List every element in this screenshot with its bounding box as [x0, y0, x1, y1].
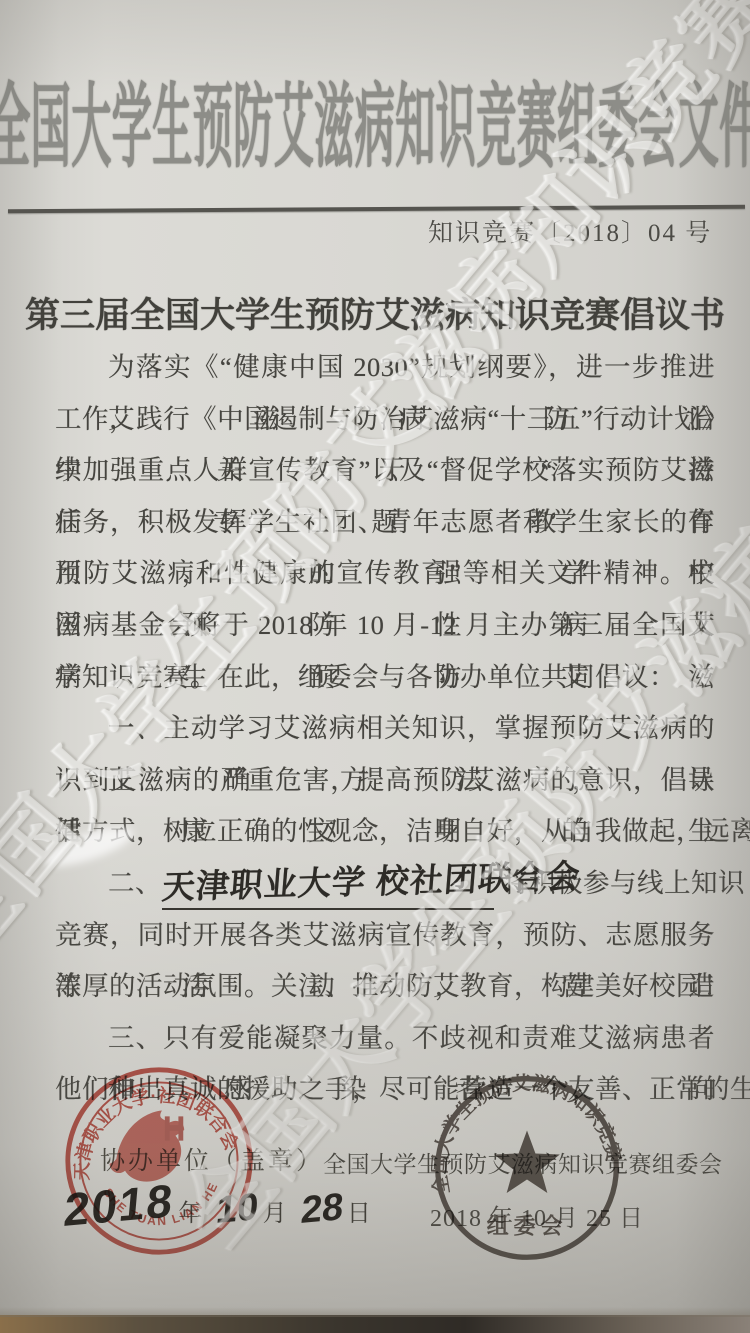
body-line: 竞赛，同时开展各类艾滋病宣传教育，预防、志愿服务等活动，营造 — [55, 910, 715, 962]
document-photo: 全国大学生预防艾滋病知识竞赛组委会文件 知识竞赛〔2018〕04 号 第三届全国… — [0, 0, 750, 1333]
seal-bird-icon — [110, 1111, 185, 1182]
photo-bottom-edge — [0, 1315, 750, 1333]
body-line: 病知识竞赛。在此，组委会与各协办单位共同倡议： — [55, 652, 715, 704]
body-line: 浓厚的活动氛围。关注、推动防艾教育，构建美好校园！ — [55, 961, 715, 1013]
blank-prefix: 二、 — [108, 858, 162, 910]
blank-underline: 天津职业大学 校社团联合会 — [162, 860, 494, 910]
right-seal-bottom-text: 组委会 — [487, 1213, 568, 1238]
body-line: 工作，践行《中国遏制与防治艾滋病“十三五”行动计划》中关于“持 — [55, 394, 715, 446]
header-banner: 全国大学生预防艾滋病知识竞赛组委会文件 — [0, 40, 750, 200]
body-line: 预防艾滋病和性健康的宣传教育”等相关文件精神。中国预防性病艾 — [55, 548, 715, 600]
body-line: 为落实《“健康中国 2030”规划纲要》，进一步推进艾滋病防治 — [55, 342, 715, 394]
doc-number: 知识竞赛〔2018〕04 号 — [428, 213, 712, 249]
header-banner-text: 全国大学生预防艾滋病知识竞赛组委会文件 — [0, 54, 750, 185]
body-line: 三、只有爱能凝聚力量。不歧视和责难艾滋病患者和感染者，向 — [55, 1013, 715, 1065]
page-title: 第三届全国大学生预防艾滋病知识竞赛倡议书 — [0, 288, 750, 338]
body-line: 续加强重点人群宣传教育”以及“督促学校落实预防艾滋病专题教育 — [55, 445, 715, 497]
body-line: 滋病基金会将于 2018 年 10 月-12 月主办第三届全国大学生预防艾滋 — [55, 600, 715, 652]
body-line: 活方式，树立正确的性观念，洁身自好，从自我做起，远离艾滋。 — [55, 806, 715, 858]
body-line: 一、主动学习艾滋病相关知识，掌握预防艾滋病的正确方法，认 — [55, 703, 715, 755]
right-seal-icon: 全国大学生预防艾滋病知识竞赛 组委会 — [431, 1072, 623, 1264]
seal-star-icon — [494, 1131, 560, 1193]
header-divider — [8, 205, 745, 214]
day-char: 日 — [347, 1193, 371, 1228]
handwritten-day: 28 — [299, 1186, 345, 1233]
body-line: 识到艾滋病的严重危害，提高预防艾滋病的意识，倡导健康文明的生 — [55, 755, 715, 807]
body-text: 为落实《“健康中国 2030”规划纲要》，进一步推进艾滋病防治工作，践行《中国遏… — [55, 342, 715, 1116]
body-line: 二、天津职业大学 校社团联合会将积极参与线上知识 — [55, 858, 715, 910]
month-char: 月 — [263, 1193, 287, 1228]
left-seal-icon: 天津职业大学·社团联合会 SHE TUAN LIAN HE HUI — [62, 1064, 256, 1258]
body-line: 任务，积极发挥学生社团、青年志愿者和学生家长的作用，加强学校 — [55, 497, 715, 549]
